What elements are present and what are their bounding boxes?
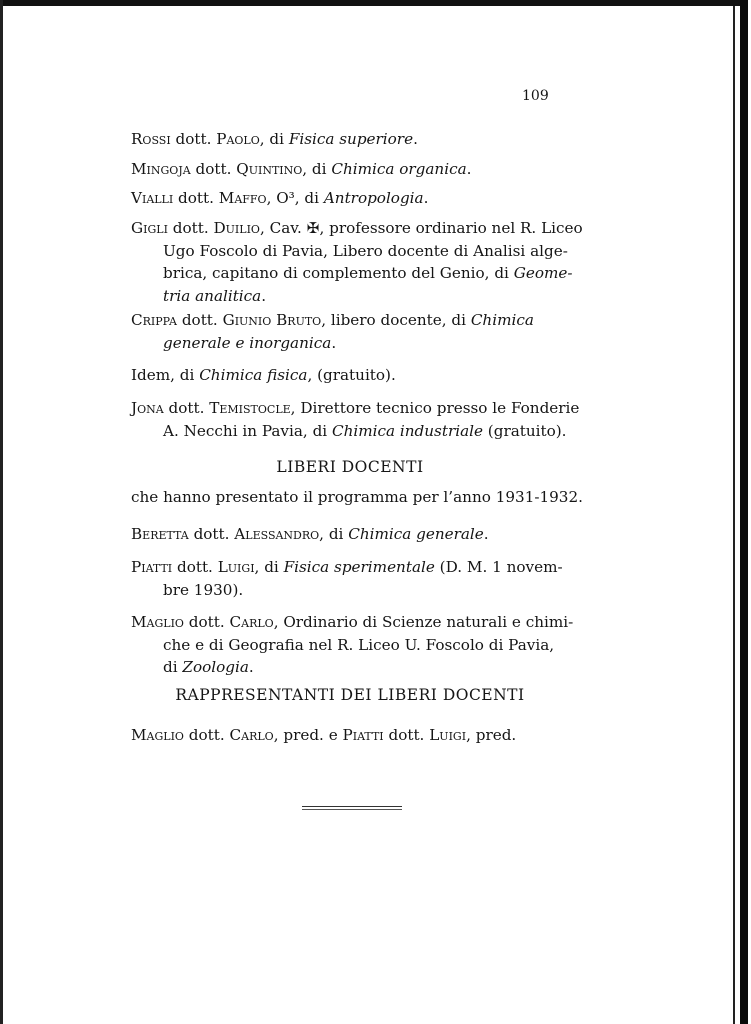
text: Ugo Foscolo di Pavia, Libero docente di …	[131, 240, 569, 263]
text: , O³, di	[267, 189, 324, 207]
given-name: Luigi	[218, 558, 255, 576]
text: , libero docente, di	[321, 311, 471, 329]
section-heading-rappresentanti: RAPPRESENTANTI DEI LIBERI DOCENTI	[131, 686, 569, 704]
entry-gigli: Gigli dott. Duilio, Cav. ✠, professore o…	[131, 217, 569, 307]
title: dott.	[177, 558, 213, 576]
text: , Ordinario di Scienze naturali e chimi-	[274, 613, 574, 631]
surname: Piatti	[131, 558, 172, 576]
surname: Piatti	[343, 726, 384, 744]
entry-idem: Idem, di Chimica fisica, (gratuito).	[131, 364, 569, 387]
entry-jona: Jona dott. Temistocle, Direttore tecnico…	[131, 397, 569, 442]
given-name: Carlo	[230, 613, 274, 631]
entry-crippa: Crippa dott. Giunio Bruto, libero docent…	[131, 309, 569, 354]
surname: Beretta	[131, 525, 189, 543]
text: di	[163, 658, 182, 676]
title: dott.	[169, 399, 205, 417]
title: dott.	[182, 311, 218, 329]
text: , di	[260, 130, 289, 148]
text: A. Necchi in Pavia, di	[163, 422, 332, 440]
entry-maglio: Maglio dott. Carlo, Ordinario di Scienze…	[131, 611, 569, 679]
given-name: Temistocle	[209, 399, 290, 417]
entry-mingoja: Mingoja dott. Quintino, di Chimica organ…	[131, 158, 569, 181]
subject: Fisica superiore	[289, 130, 413, 148]
title: dott.	[196, 160, 232, 178]
text: .	[424, 189, 429, 207]
text: (D. M. 1 novem-	[435, 558, 563, 576]
given-name: Duilio	[213, 219, 259, 237]
surname: Maglio	[131, 726, 184, 744]
text: .	[413, 130, 418, 148]
given-name: Quintino	[236, 160, 302, 178]
entry-vialli: Vialli dott. Maffo, O³, di Antropologia.	[131, 187, 569, 210]
text: , di	[255, 558, 284, 576]
text: , (gratuito).	[307, 366, 395, 384]
text: .	[261, 287, 266, 305]
title: dott.	[388, 726, 424, 744]
surname: Crippa	[131, 311, 177, 329]
entry-piatti: Piatti dott. Luigi, di Fisica sperimenta…	[131, 556, 569, 601]
text: che hanno presentato il programma per l’…	[131, 486, 569, 509]
surname: Mingoja	[131, 160, 191, 178]
text: .	[467, 160, 472, 178]
surname: Vialli	[131, 189, 173, 207]
text: .	[331, 334, 336, 352]
text: , Direttore tecnico presso le Fonderie	[291, 399, 580, 417]
subject: Chimica industriale	[332, 422, 483, 440]
entry-rossi: Rossi dott. Paolo, di Fisica superiore.	[131, 128, 569, 151]
subject: Antropologia	[324, 189, 424, 207]
given-name: Giunio Bruto	[223, 311, 322, 329]
surname: Maglio	[131, 613, 184, 631]
subject: Chimica generale	[348, 525, 484, 543]
given-name: Carlo	[230, 726, 274, 744]
given-name: Alessandro	[234, 525, 319, 543]
given-name: Maffo	[219, 189, 267, 207]
scan-left-border	[0, 0, 3, 1024]
subject: generale e inorganica	[163, 334, 331, 352]
text: , Cav. ✠, professore ordinario nel R. Li…	[260, 219, 583, 237]
page-edge-line	[733, 6, 735, 1024]
subject: Chimica	[471, 311, 534, 329]
subject: Zoologia	[182, 658, 248, 676]
given-name: Luigi	[429, 726, 466, 744]
subject: Chimica fisica	[199, 366, 307, 384]
entry-beretta: Beretta dott. Alessandro, di Chimica gen…	[131, 523, 569, 546]
text: , pred.	[466, 726, 516, 744]
text: , pred. e	[274, 726, 343, 744]
scan-top-border	[0, 0, 751, 6]
subject: Fisica sperimentale	[284, 558, 435, 576]
given-name: Paolo	[216, 130, 260, 148]
title: dott.	[176, 130, 212, 148]
title: dott.	[189, 726, 225, 744]
subject: Chimica organica	[331, 160, 466, 178]
end-rule	[302, 806, 402, 810]
surname: Rossi	[131, 130, 171, 148]
section-subheading: che hanno presentato il programma per l’…	[131, 486, 569, 509]
text: , di	[302, 160, 331, 178]
text: Idem, di	[131, 366, 199, 384]
page-number: 109	[522, 88, 549, 104]
title: dott.	[194, 525, 230, 543]
entry-rappresentanti: Maglio dott. Carlo, pred. e Piatti dott.…	[131, 724, 569, 747]
text: , di	[319, 525, 348, 543]
title: dott.	[178, 189, 214, 207]
text: .	[249, 658, 254, 676]
book-binding-edge	[740, 0, 748, 1024]
surname: Gigli	[131, 219, 168, 237]
subject: tria analitica	[163, 287, 261, 305]
text: bre 1930).	[131, 579, 569, 602]
surname: Jona	[131, 399, 164, 417]
text: .	[484, 525, 489, 543]
title: dott.	[189, 613, 225, 631]
subject: Geome-	[514, 264, 573, 282]
title: dott.	[173, 219, 209, 237]
text: (gratuito).	[483, 422, 567, 440]
text: brica, capitano di complemento del Genio…	[163, 264, 514, 282]
section-heading-liberi-docenti: LIBERI DOCENTI	[131, 458, 569, 476]
text: che e di Geografia nel R. Liceo U. Fosco…	[131, 634, 569, 657]
